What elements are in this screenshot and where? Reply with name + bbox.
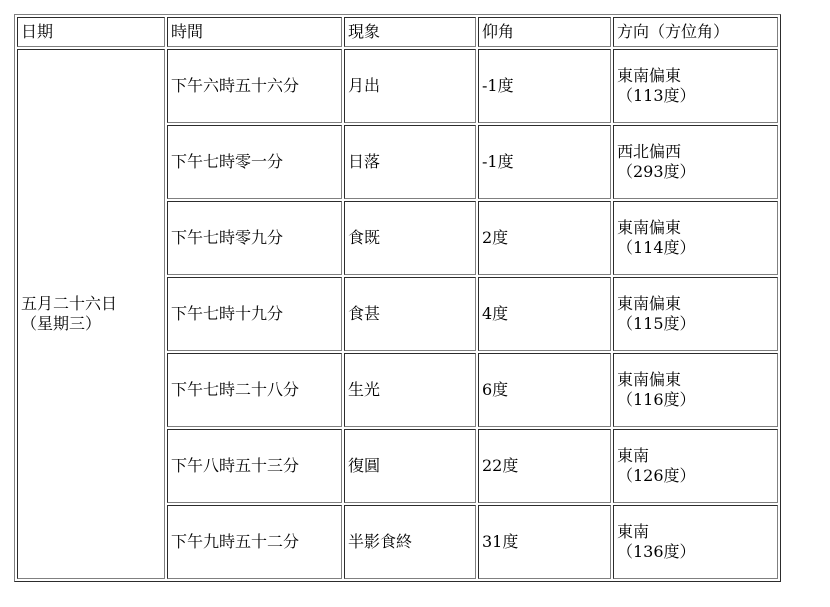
direction-azimuth: （126度） bbox=[617, 466, 696, 485]
elevation-cell: 2度 bbox=[478, 201, 611, 275]
time-cell: 下午七時二十八分 bbox=[167, 353, 342, 427]
direction-name: 東南 bbox=[617, 522, 649, 541]
time-cell: 下午九時五十二分 bbox=[167, 505, 342, 579]
date-line2: （星期三） bbox=[21, 314, 101, 333]
direction-cell: 東南偏東 （116度） bbox=[613, 353, 778, 427]
direction-cell: 東南偏東 （114度） bbox=[613, 201, 778, 275]
direction-cell: 東南偏東 （115度） bbox=[613, 277, 778, 351]
header-direction: 方向（方位角） bbox=[613, 17, 778, 47]
time-cell: 下午六時五十六分 bbox=[167, 49, 342, 123]
direction-azimuth: （293度） bbox=[617, 162, 696, 181]
direction-cell: 東南偏東 （113度） bbox=[613, 49, 778, 123]
phenomenon-cell: 食既 bbox=[344, 201, 476, 275]
direction-cell: 西北偏西 （293度） bbox=[613, 125, 778, 199]
time-cell: 下午八時五十三分 bbox=[167, 429, 342, 503]
elevation-cell: 22度 bbox=[478, 429, 611, 503]
phenomenon-cell: 復圓 bbox=[344, 429, 476, 503]
time-cell: 下午七時十九分 bbox=[167, 277, 342, 351]
elevation-cell: 4度 bbox=[478, 277, 611, 351]
direction-azimuth: （136度） bbox=[617, 542, 696, 561]
phenomenon-cell: 半影食終 bbox=[344, 505, 476, 579]
table-header-row: 日期 時間 現象 仰角 方向（方位角） bbox=[17, 17, 778, 47]
elevation-cell: 31度 bbox=[478, 505, 611, 579]
eclipse-timetable: 日期 時間 現象 仰角 方向（方位角） 五月二十六日 （星期三） 下午六時五十六… bbox=[14, 14, 781, 582]
header-phenomenon: 現象 bbox=[344, 17, 476, 47]
direction-cell: 東南 （136度） bbox=[613, 505, 778, 579]
direction-name: 東南偏東 bbox=[617, 370, 681, 389]
header-time: 時間 bbox=[167, 17, 342, 47]
direction-azimuth: （114度） bbox=[617, 238, 696, 257]
direction-azimuth: （113度） bbox=[617, 86, 696, 105]
elevation-cell: 6度 bbox=[478, 353, 611, 427]
date-cell: 五月二十六日 （星期三） bbox=[17, 49, 165, 579]
direction-azimuth: （115度） bbox=[617, 314, 696, 333]
direction-name: 東南偏東 bbox=[617, 66, 681, 85]
direction-cell: 東南 （126度） bbox=[613, 429, 778, 503]
phenomenon-cell: 食甚 bbox=[344, 277, 476, 351]
table-row: 五月二十六日 （星期三） 下午六時五十六分 月出 -1度 東南偏東 （113度） bbox=[17, 49, 778, 123]
direction-name: 東南 bbox=[617, 446, 649, 465]
direction-azimuth: （116度） bbox=[617, 390, 696, 409]
phenomenon-cell: 生光 bbox=[344, 353, 476, 427]
date-line1: 五月二十六日 bbox=[21, 294, 117, 313]
elevation-cell: -1度 bbox=[478, 49, 611, 123]
direction-name: 西北偏西 bbox=[617, 142, 681, 161]
header-elevation: 仰角 bbox=[478, 17, 611, 47]
time-cell: 下午七時零一分 bbox=[167, 125, 342, 199]
elevation-cell: -1度 bbox=[478, 125, 611, 199]
phenomenon-cell: 月出 bbox=[344, 49, 476, 123]
time-cell: 下午七時零九分 bbox=[167, 201, 342, 275]
header-date: 日期 bbox=[17, 17, 165, 47]
page: 日期 時間 現象 仰角 方向（方位角） 五月二十六日 （星期三） 下午六時五十六… bbox=[0, 0, 830, 596]
phenomenon-cell: 日落 bbox=[344, 125, 476, 199]
direction-name: 東南偏東 bbox=[617, 218, 681, 237]
direction-name: 東南偏東 bbox=[617, 294, 681, 313]
